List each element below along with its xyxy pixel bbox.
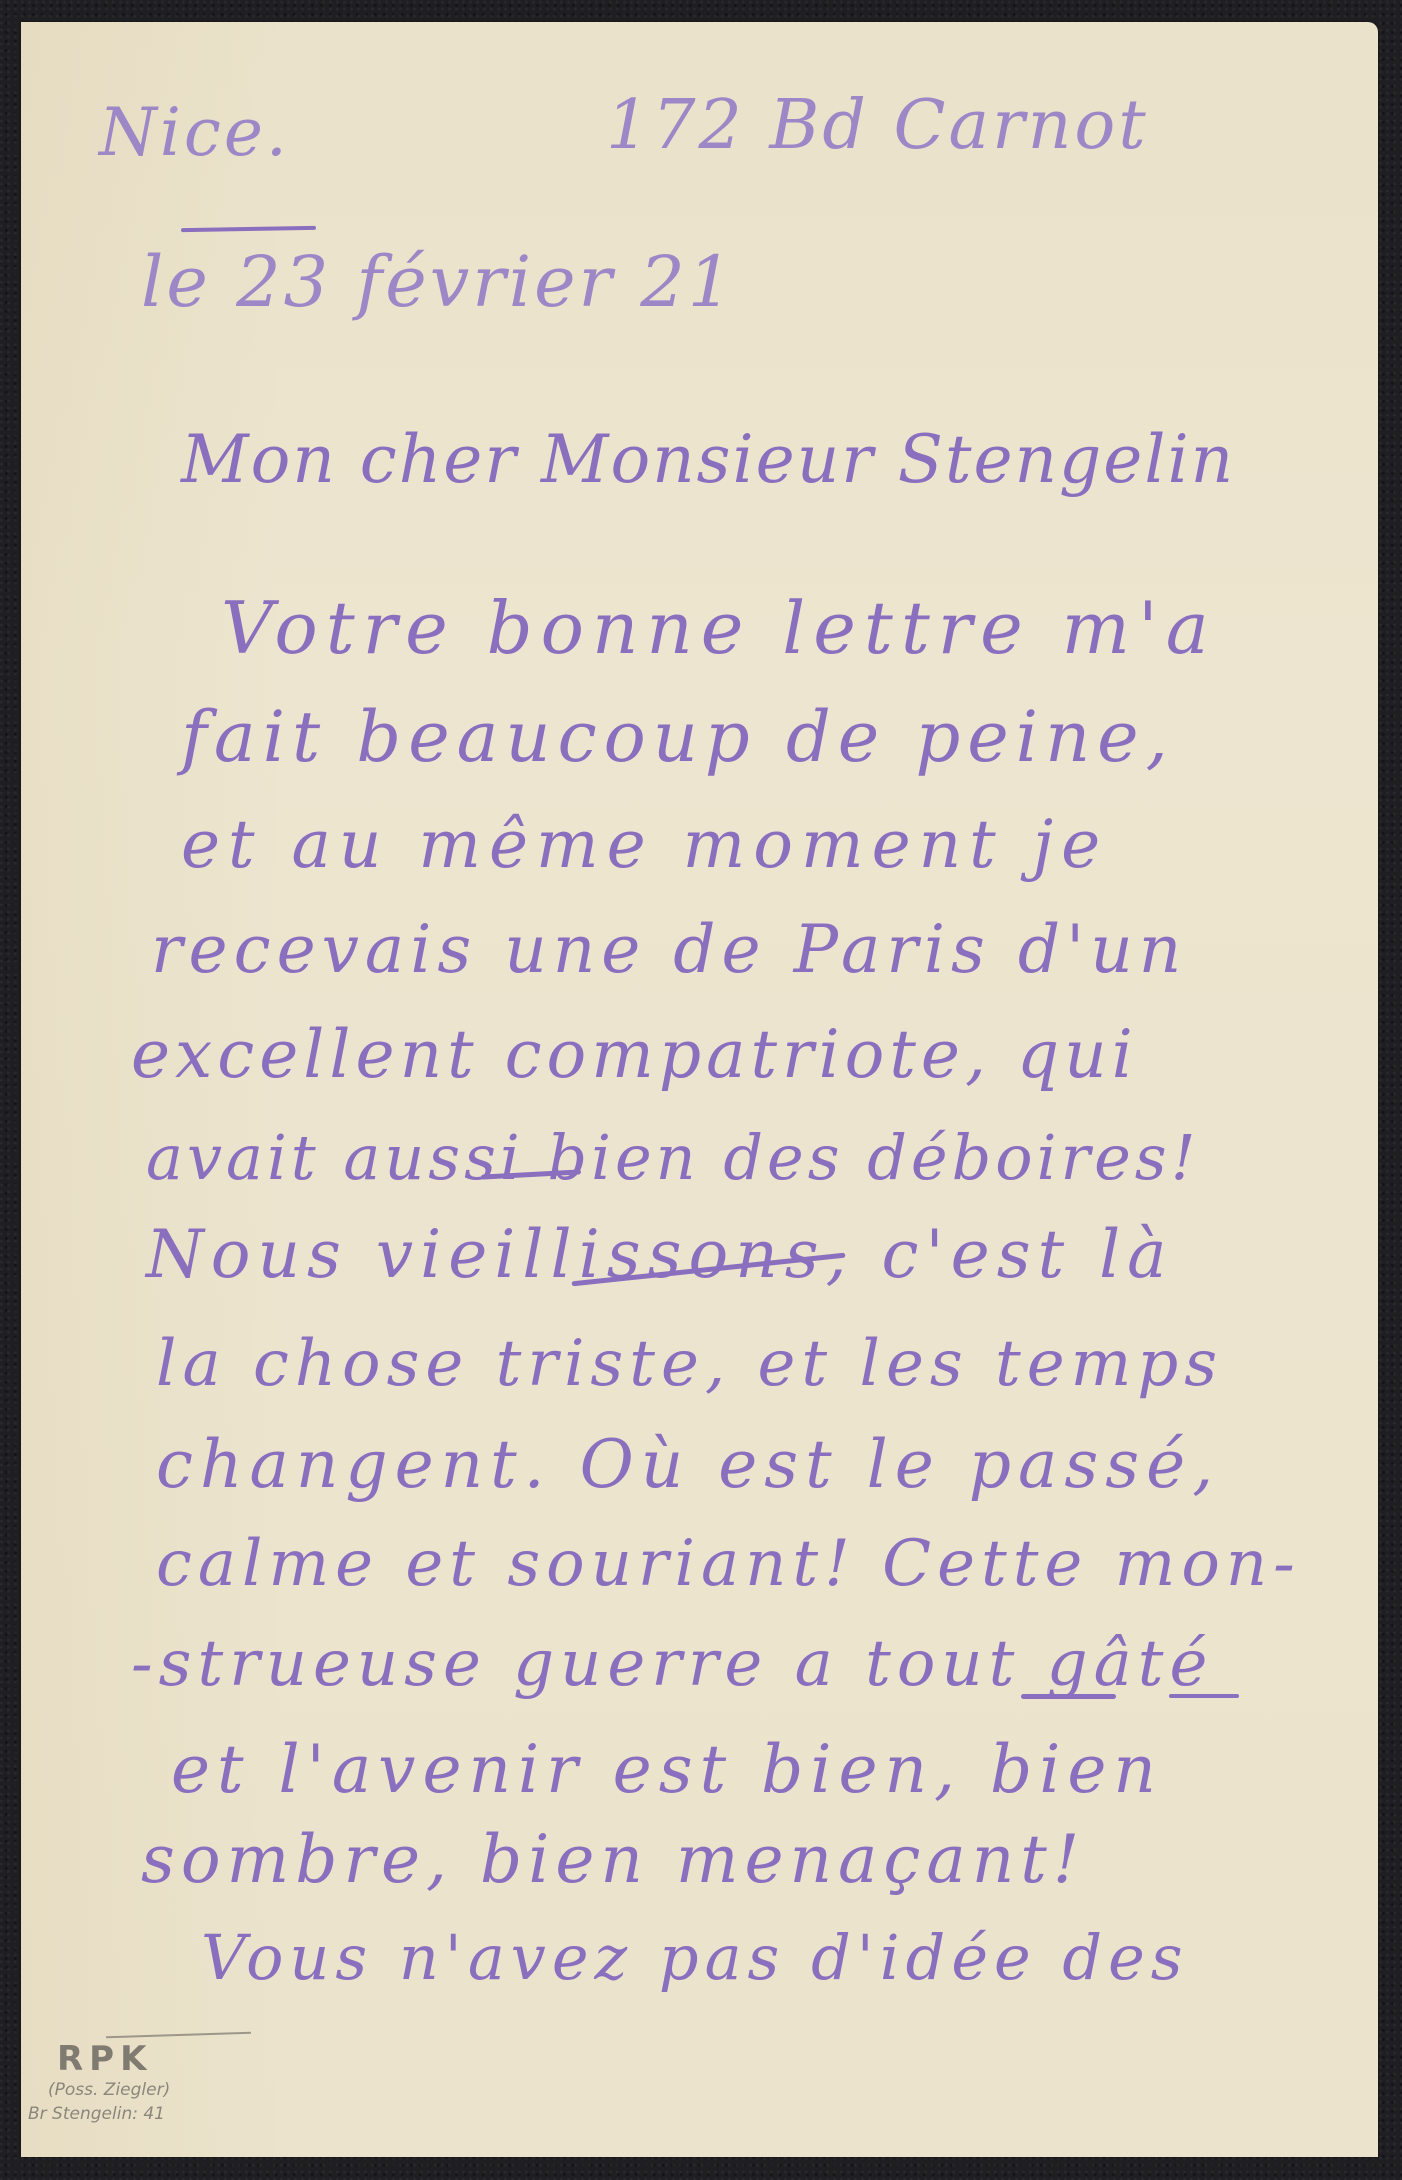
- letter-address: 172 Bd Carnot: [606, 92, 1149, 160]
- body-line-9: changent. Où est le passé,: [156, 1432, 1220, 1498]
- place-underline: [181, 226, 316, 232]
- letter-salutation: Mon cher Monsieur Stengelin: [181, 427, 1235, 493]
- underline-gate: [1169, 1694, 1239, 1698]
- body-line-7: Nous vieillissons, c'est là: [146, 1222, 1174, 1288]
- letter-date: le 23 février 21: [141, 247, 735, 317]
- body-line-10: calme et souriant! Cette mon-: [156, 1532, 1301, 1596]
- body-line-4: recevais une de Paris d'un: [151, 917, 1187, 983]
- letter-place: Nice.: [99, 100, 290, 166]
- body-line-14: Vous n'avez pas d'idée des: [201, 1927, 1189, 1989]
- body-line-6: avait aussi bien des déboires!: [146, 1127, 1200, 1189]
- body-line-2: fait beaucoup de peine,: [181, 702, 1175, 772]
- body-line-1: Votre bonne lettre m'a: [221, 592, 1217, 664]
- body-line-5: excellent compatriote, qui: [131, 1022, 1138, 1088]
- pencil-rule: [106, 2032, 251, 2039]
- underline-tout: [1021, 1694, 1116, 1699]
- pencil-note-provenance: (Poss. Ziegler): [48, 2080, 170, 2100]
- body-line-13: sombre, bien menaçant!: [141, 1827, 1085, 1893]
- body-line-12: et l'avenir est bien, bien: [171, 1737, 1163, 1803]
- body-line-8: la chose triste, et les temps: [156, 1332, 1223, 1396]
- pencil-note-reference: Br Stengelin: 41: [28, 2104, 165, 2124]
- body-line-3: et au même moment je: [181, 812, 1108, 878]
- body-line-11: -strueuse guerre a tout gâté: [131, 1632, 1213, 1696]
- letter-sheet: Nice. 172 Bd Carnot le 23 février 21 Mon…: [21, 22, 1378, 2157]
- archive-stamp: RPK: [57, 2039, 152, 2079]
